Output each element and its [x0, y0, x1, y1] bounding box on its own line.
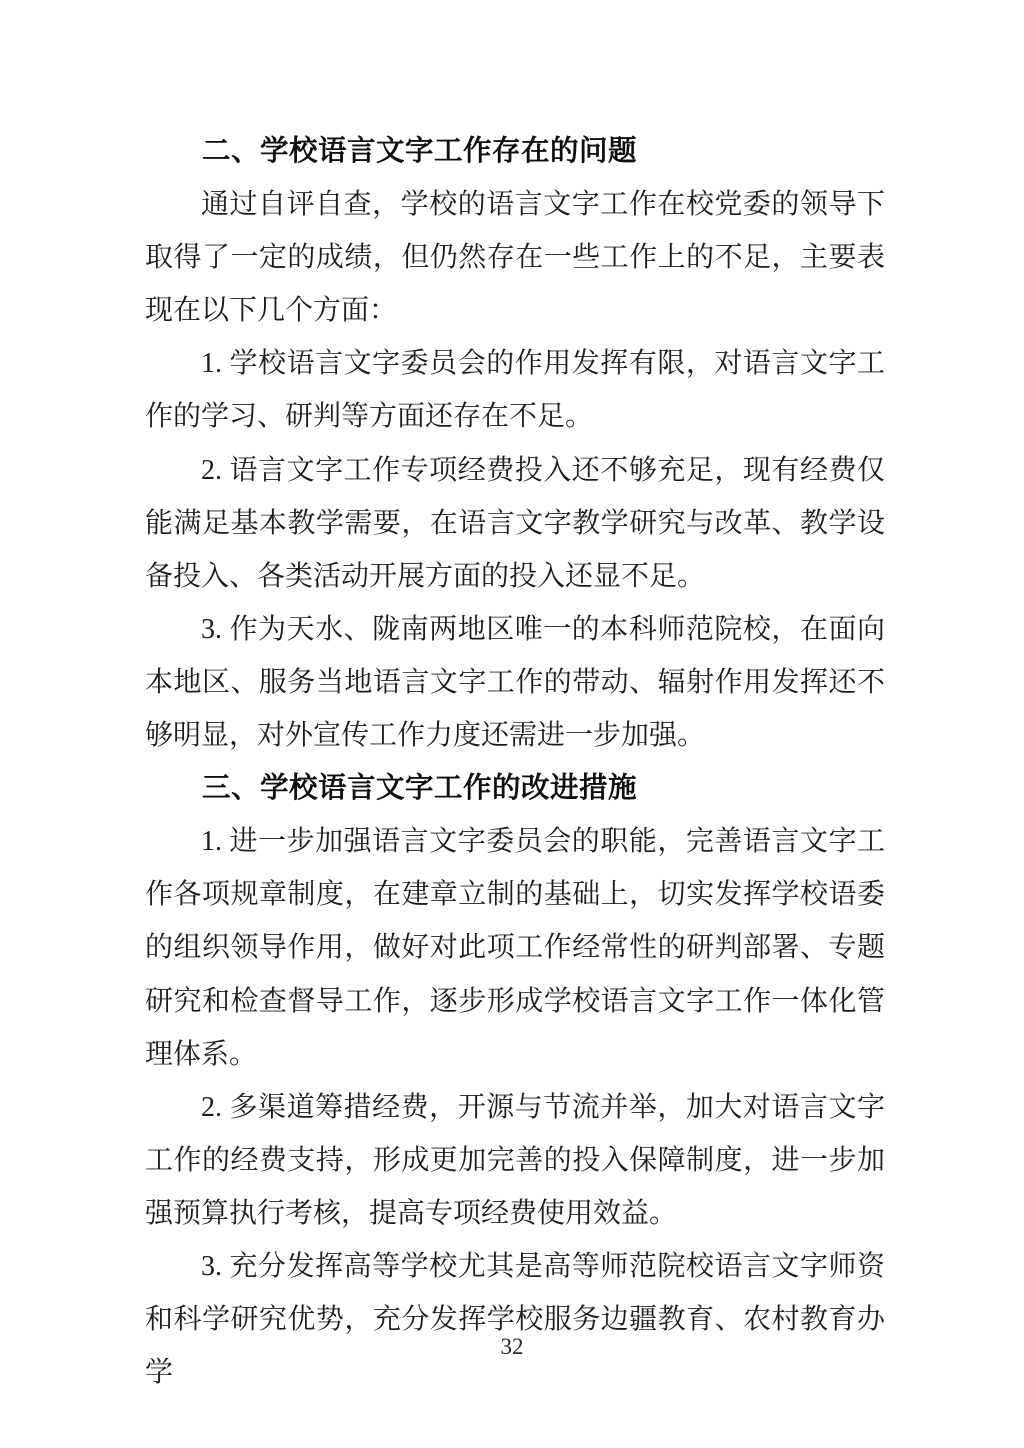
paragraph-problem-1: 1. 学校语言文字委员会的作用发挥有限，对语言文字工作的学习、研判等方面还存在不…: [145, 337, 885, 443]
document-body: 二、学校语言文字工作存在的问题 通过自评自查，学校的语言文字工作在校党委的领导下…: [145, 125, 885, 1399]
paragraph-intro: 通过自评自查，学校的语言文字工作在校党委的领导下取得了一定的成绩，但仍然存在一些…: [145, 178, 885, 337]
page-number: 32: [0, 1334, 1024, 1360]
paragraph-measure-3: 3. 充分发挥高等学校尤其是高等师范院校语言文字师资和科学研究优势，充分发挥学校…: [145, 1240, 885, 1399]
section-heading-problems: 二、学校语言文字工作存在的问题: [145, 125, 885, 178]
section-heading-measures: 三、学校语言文字工作的改进措施: [145, 762, 885, 815]
paragraph-measure-1: 1. 进一步加强语言文字委员会的职能，完善语言文字工作各项规章制度，在建章立制的…: [145, 815, 885, 1080]
document-page: 二、学校语言文字工作存在的问题 通过自评自查，学校的语言文字工作在校党委的领导下…: [0, 0, 1024, 1448]
paragraph-problem-3: 3. 作为天水、陇南两地区唯一的本科师范院校，在面向本地区、服务当地语言文字工作…: [145, 603, 885, 762]
paragraph-problem-2: 2. 语言文字工作专项经费投入还不够充足，现有经费仅能满足基本教学需要，在语言文…: [145, 444, 885, 603]
paragraph-measure-2: 2. 多渠道筹措经费，开源与节流并举，加大对语言文字工作的经费支持，形成更加完善…: [145, 1081, 885, 1240]
